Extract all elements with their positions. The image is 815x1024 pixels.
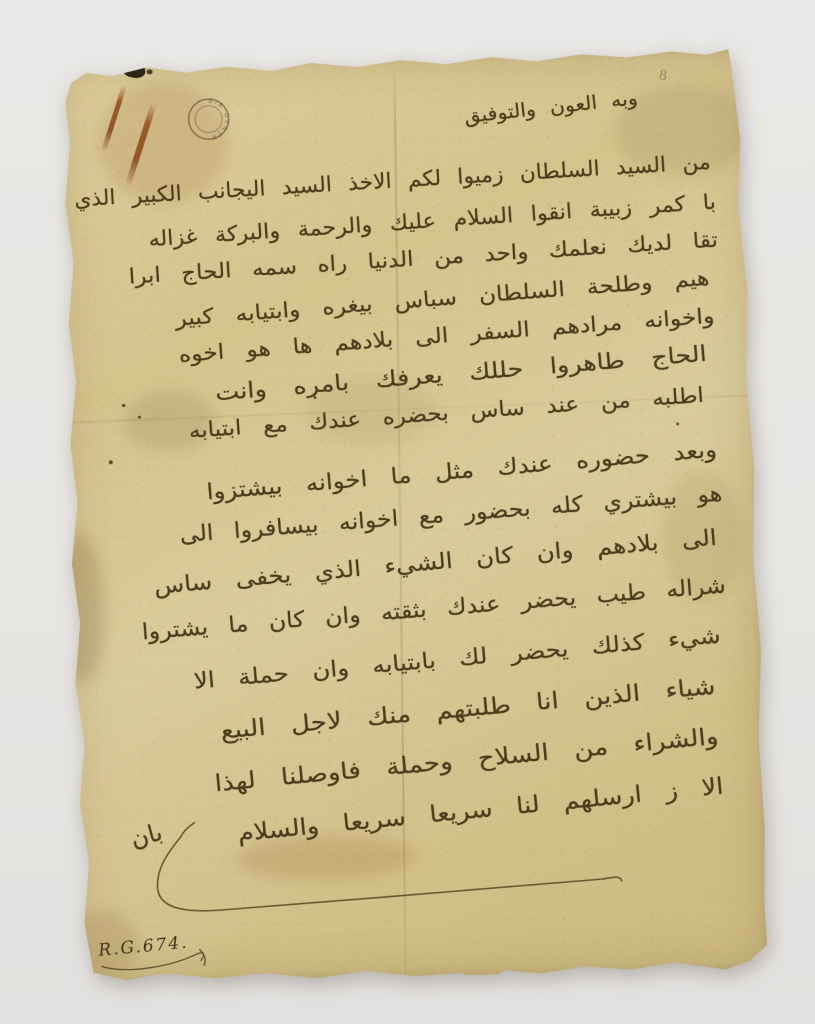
ink-speck <box>676 422 679 425</box>
ink-blot-speck <box>147 69 153 74</box>
photograph-background: BIB·GENER· 8 وبه العون والتوفيق من السيد… <box>0 0 815 1024</box>
ink-speck <box>122 404 126 407</box>
manuscript-paper: BIB·GENER· 8 وبه العون والتوفيق من السيد… <box>56 49 767 983</box>
library-stamp: BIB·GENER· <box>186 97 231 142</box>
closing-word: بان <box>128 818 166 853</box>
ink-dot <box>109 460 113 464</box>
invocation-header: وبه العون والتوفيق <box>463 87 638 128</box>
svg-text:BIB·GENER·: BIB·GENER· <box>205 97 231 141</box>
ink-speck <box>138 416 141 419</box>
stain <box>58 532 105 683</box>
stamp-text: BIB·GENER· <box>205 97 231 141</box>
pencil-numeral: 8 <box>658 68 668 84</box>
rust-streak <box>101 85 127 151</box>
ink-blot <box>121 59 147 80</box>
paper-sheet: BIB·GENER· 8 وبه العون والتوفيق من السيد… <box>56 49 767 983</box>
rust-streak <box>125 103 156 185</box>
catalog-number: R.G.674. <box>98 930 221 983</box>
ink-speck <box>313 396 316 399</box>
